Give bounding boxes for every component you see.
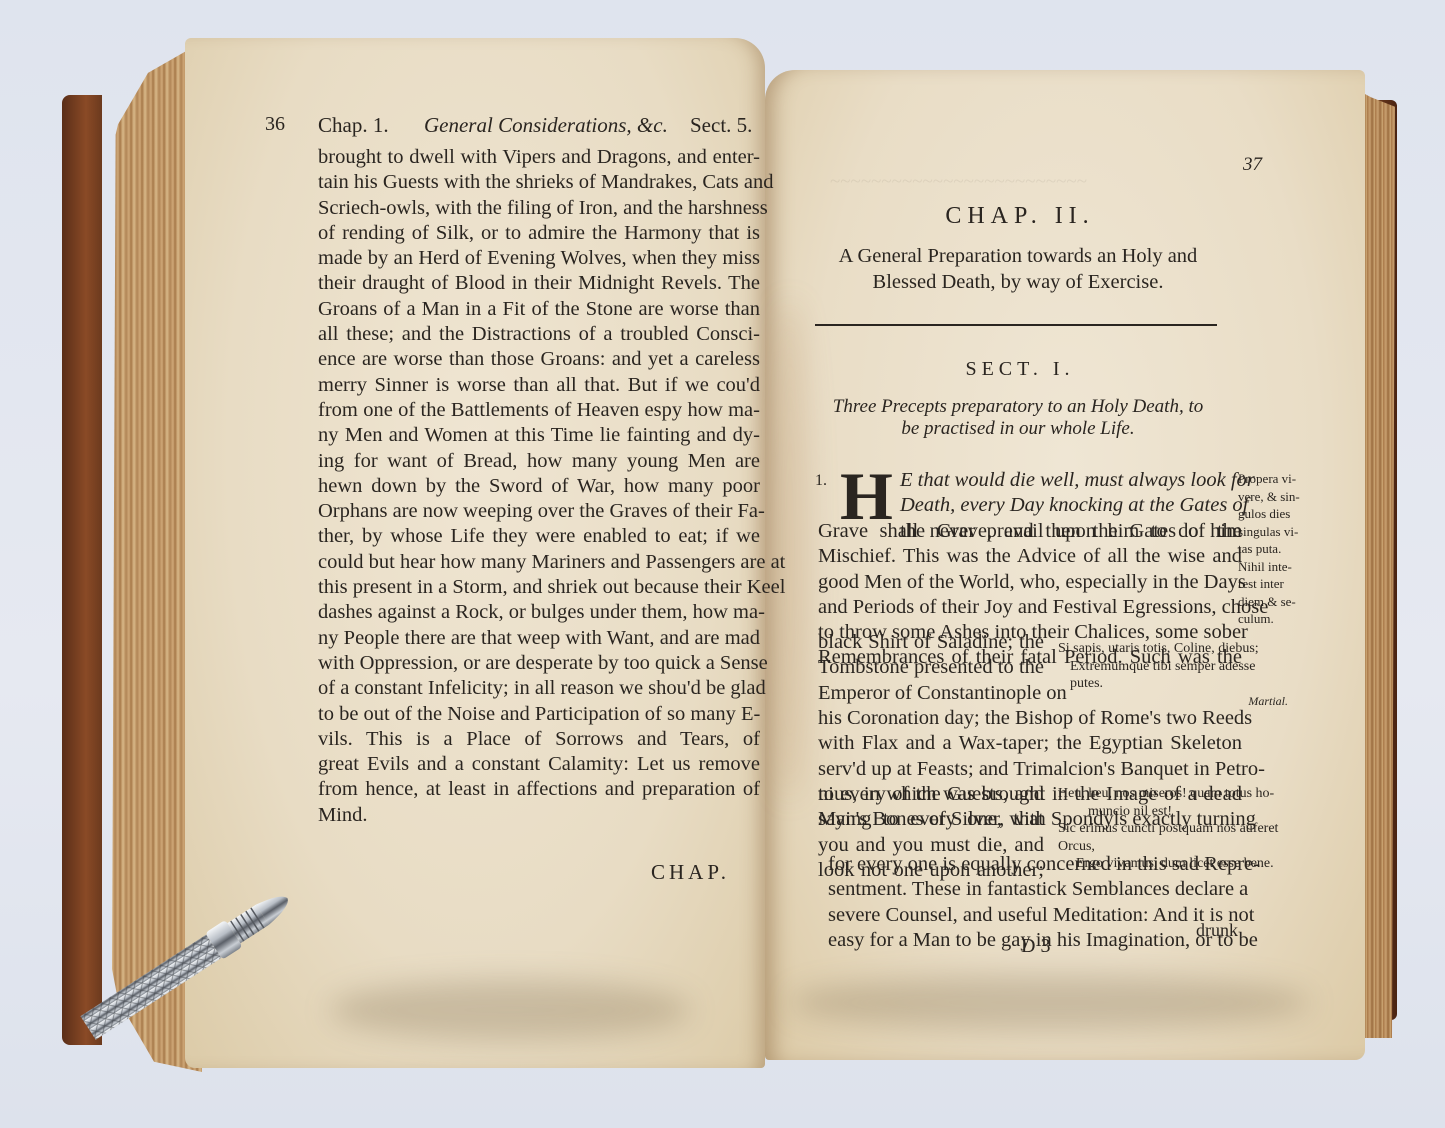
text-line: from hence, at least in affections and p…	[318, 777, 760, 802]
running-head-section: Sect. 5.	[690, 113, 752, 138]
text-line: Mischief. This was the Advice of all the…	[818, 544, 1242, 569]
text-line: Tombstone presented to the	[818, 655, 1044, 680]
left-page-body: brought to dwell with Vipers and Dragons…	[318, 145, 760, 828]
text-line: Mind.	[318, 803, 760, 828]
running-head-title: General Considerations, &c.	[424, 113, 668, 138]
text-line: ny Men and Women at this Time lie fainti…	[318, 423, 760, 448]
section-heading: SECT. I.	[810, 358, 1230, 381]
text-line: sentment. These in fantastick Semblances…	[828, 877, 1242, 902]
verse-line: Extremumque tibi semper adesse putes.	[1058, 658, 1288, 693]
book-cover-left	[62, 95, 102, 1045]
margin-note-line: culum.	[1238, 610, 1318, 628]
subtitle-line: A General Preparation towards an Holy an…	[808, 243, 1228, 269]
section-subtitle: Three Precepts preparatory to an Holy De…	[808, 396, 1228, 440]
margin-note-line: Propera vi-	[1238, 470, 1318, 488]
text-line: severe Counsel, and useful Meditation: A…	[828, 903, 1242, 928]
text-line: great Evils and a constant Calamity: Let…	[318, 752, 760, 777]
foxing-stain	[790, 975, 1310, 1030]
right-page-narrow-1: black Shirt of Saladine; the Tombstone p…	[818, 630, 1044, 706]
text-line: with Flax and a Wax-taper; the Egyptian …	[818, 731, 1242, 756]
text-line: tain his Guests with the shrieks of Mand…	[318, 170, 760, 195]
text-line: this present in a Storm, and shriek out …	[318, 575, 760, 600]
text-line: Groans of a Man in a Fit of the Stone ar…	[318, 297, 760, 322]
text-line: Grave shall never prevail upon him to do…	[818, 519, 1242, 544]
text-line: could but hear how many Mariners and Pas…	[318, 550, 760, 575]
text-line: black Shirt of Saladine; the	[818, 630, 1044, 655]
text-line: merry Sinner is worse than all that. But…	[318, 373, 760, 398]
text-line: with Oppression, or are desperate by too…	[318, 651, 760, 676]
verse-line: Si sapis, utaris totis, Coline, diebus;	[1058, 640, 1288, 658]
paragraph-number: 1.	[815, 472, 827, 490]
text-line: saying to every one, that	[818, 807, 1044, 832]
text-line: made by an Herd of Evening Wolves, when …	[318, 246, 760, 271]
horizontal-rule	[815, 324, 1217, 326]
text-line: their draught of Blood in their Midnight…	[318, 271, 760, 296]
margin-note: Propera vi- vere, & sin- gulos dies sing…	[1238, 470, 1318, 628]
chapter-heading: CHAP. II.	[810, 203, 1230, 230]
verse-martial: Si sapis, utaris totis, Coline, diebus; …	[1058, 640, 1288, 710]
text-line: dashes against a Rock, or bulges under t…	[318, 600, 760, 625]
text-line: for every one is equally concerned in th…	[828, 852, 1242, 877]
drop-cap: H	[840, 466, 893, 526]
chapter-subtitle: A General Preparation towards an Holy an…	[808, 243, 1228, 295]
text-line: his Coronation day; the Bishop of Rome's…	[818, 706, 1242, 731]
page-number: 37	[1243, 154, 1262, 176]
text-line: all these; and the Distractions of a tro…	[318, 322, 760, 347]
margin-note-line: rest inter	[1238, 575, 1318, 593]
text-line: Emperor of Constantinople on	[818, 681, 1044, 706]
running-head-chapter: Chap. 1.	[318, 113, 389, 138]
catchword: CHAP.	[651, 860, 730, 885]
text-line: ny People there are that weep with Want,…	[318, 626, 760, 651]
margin-note-line: diem & se-	[1238, 593, 1318, 611]
page-number: 36	[265, 113, 285, 136]
verse-line: muncio nil est!	[1058, 803, 1318, 821]
margin-note-line: gulos dies	[1238, 505, 1318, 523]
text-line: good Men of the World, who, especially i…	[818, 570, 1242, 595]
subtitle-line: be practised in our whole Life.	[808, 418, 1228, 440]
margin-note-line: Nihil inte-	[1238, 558, 1318, 576]
text-line: of a constant Infelicity; in all reason …	[318, 676, 760, 701]
text-line: brought to dwell with Vipers and Dragons…	[318, 145, 760, 170]
gutter-shadow	[770, 300, 810, 800]
verse-line: Sic erimus cuncti postquam nos auferet O…	[1058, 820, 1318, 855]
text-line: Death, every Day knocking at the Gates o…	[900, 493, 1242, 518]
text-line: hewn down by the Sword of War, how many …	[318, 474, 760, 499]
subtitle-line: Three Precepts preparatory to an Holy De…	[808, 396, 1228, 418]
text-line: Orphans are now weeping over the Graves …	[318, 499, 760, 524]
text-line: and Periods of their Joy and Festival Eg…	[818, 595, 1242, 620]
text-line: of rending of Silk, or to admire the Har…	[318, 221, 760, 246]
text-line: ence are worse than those Groans: and ye…	[318, 347, 760, 372]
text-line: Scriech-owls, with the filing of Iron, a…	[318, 196, 760, 221]
text-line: E that would die well, must always look …	[900, 468, 1242, 493]
verse-line: Heu, heu, nos miseros! quam totus ho-	[1058, 785, 1318, 803]
text-line: vils. This is a Place of Sorrows and Tea…	[318, 727, 760, 752]
bleed-through-text: ~~~~~~~~~~~~~~~~~~~~~~~~~	[830, 170, 1230, 194]
margin-note-line: tas puta.	[1238, 540, 1318, 558]
foxing-stain	[330, 980, 690, 1040]
text-line: serv'd up at Feasts; and Trimalcion's Ba…	[818, 757, 1242, 782]
text-line: ther, by whose Life they were enabled to…	[318, 524, 760, 549]
catchword: drunk	[1196, 920, 1238, 941]
margin-note-line: vere, & sin-	[1238, 488, 1318, 506]
margin-note-line: singulas vi-	[1238, 523, 1318, 541]
text-line: ing for want of Bread, how many young Me…	[318, 449, 760, 474]
text-line: to every of the Guests, and	[818, 782, 1044, 807]
text-line: from one of the Battlements of Heaven es…	[318, 398, 760, 423]
signature-mark: D 3	[1021, 935, 1050, 958]
text-line: to be out of the Noise and Participation…	[318, 702, 760, 727]
subtitle-line: Blessed Death, by way of Exercise.	[808, 269, 1228, 295]
